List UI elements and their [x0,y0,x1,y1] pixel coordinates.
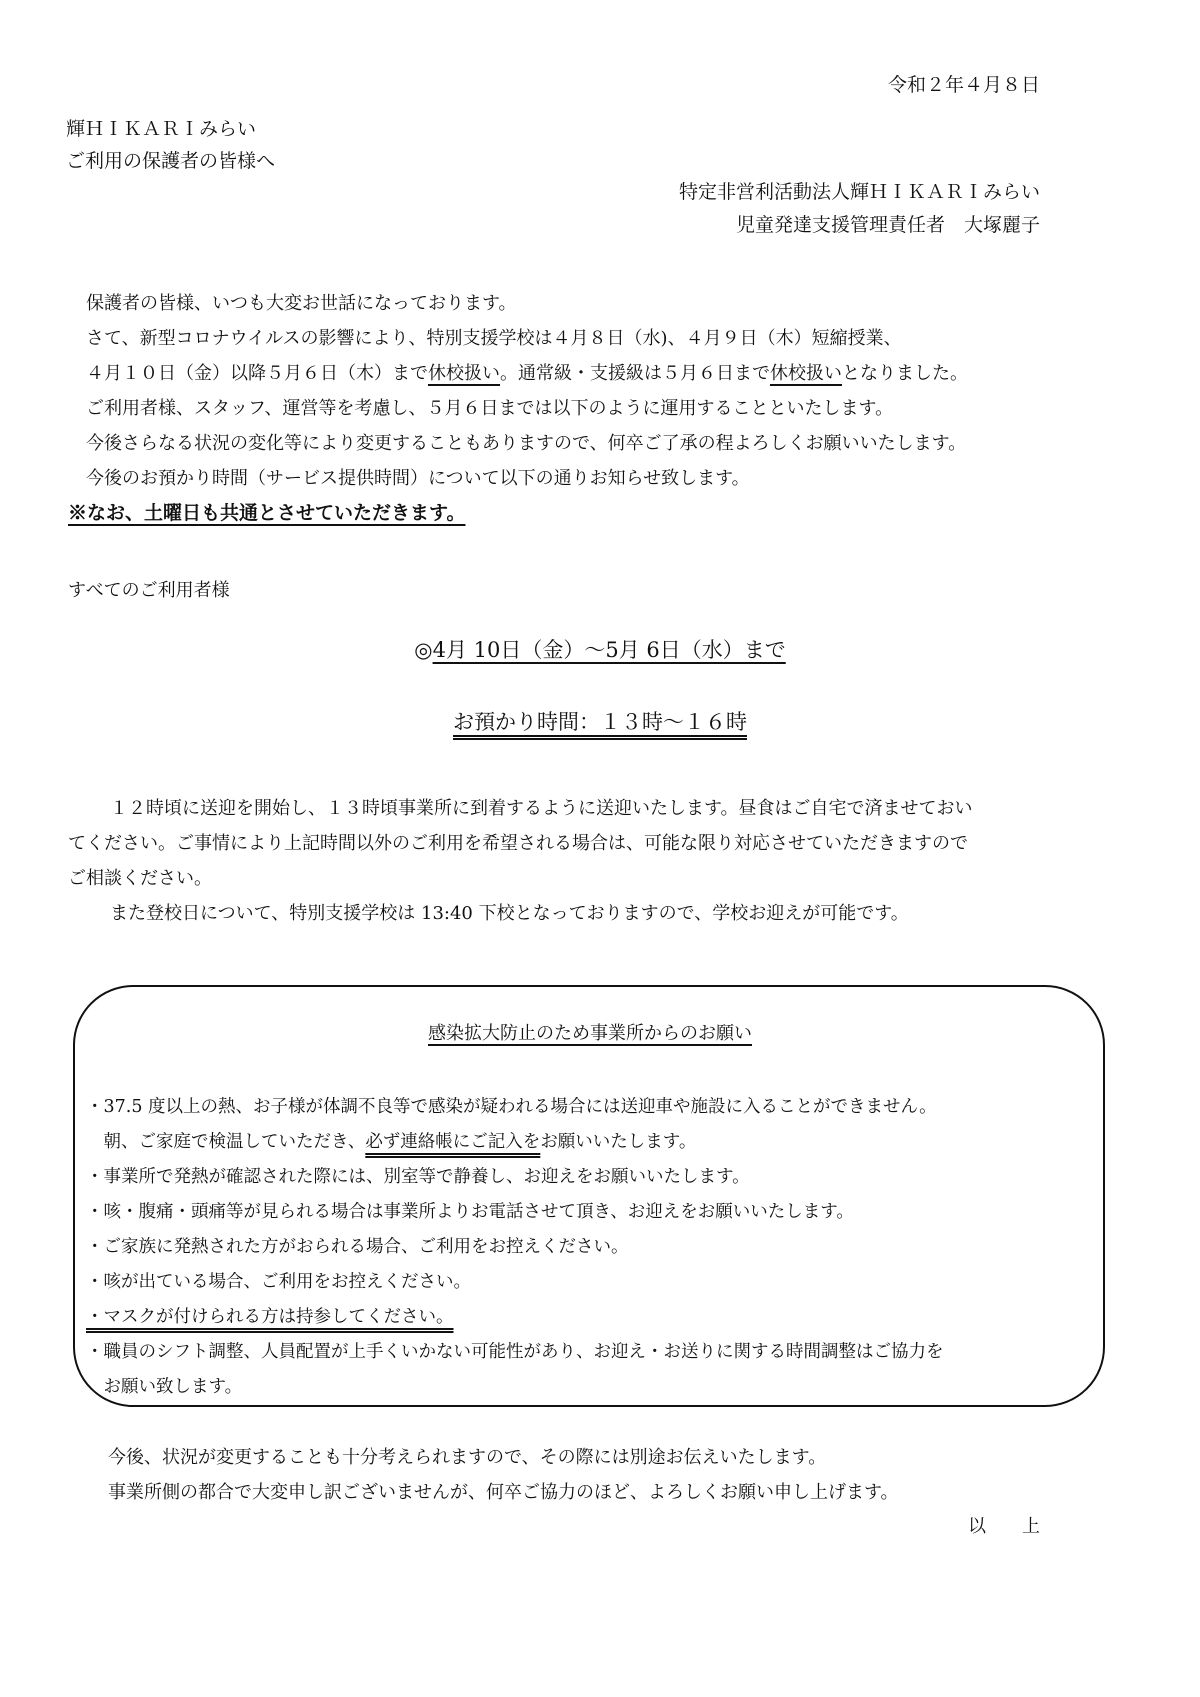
intro-line-3-c: 。通常級・支援級は５月６日まで [500,363,770,384]
details-line-1: １２時頃に送迎を開始し、１３時頃事業所に到着するように送迎いたします。昼食はご自… [110,800,973,818]
service-hours: お預かり時間：１３時～１６時 [453,710,747,734]
record-in-notebook-underlined: 必ず連絡帳にご記入を [365,1132,540,1152]
notice-title: 感染拡大防止のため事業所からのお願い [428,1023,752,1044]
school-closure-underlined-1: 休校扱い [428,363,500,384]
details-line-3: ご相談ください。 [68,870,212,888]
intro-line-4: ご利用者様、スタッフ、運営等を考慮し、５月６日までは以下のように運用することとい… [86,400,893,418]
notice-item: ・咳・腹痛・頭痛等が見られる場合は事業所よりお電話させて頂き、お迎えをお願いいた… [86,1204,854,1222]
notice-title-line: 感染拡大防止のため事業所からのお願い [0,1025,1190,1043]
notice-item-part: お願いいたします。 [540,1132,696,1152]
notice-item: お願い致します。 [86,1379,242,1397]
intro-line-5: 今後さらなる状況の変化等により変更することもありますので、何卒ご了承の程よろしく… [86,435,966,453]
notice-item: ・37.5 度以上の熱、お子様が体調不良等で感染が疑われる場合には送迎車や施設に… [86,1099,937,1117]
details-line-4: また登校日について、特別支援学校は 13:40 下校となっておりますので、学校お… [110,905,909,923]
sender-organization: 特定非営利活動法人輝ＨＩＫＡＲＩみらい [679,183,1040,202]
hours-line: お預かり時間：１３時～１６時 [0,712,1200,733]
period-line: ◎4月 10日（金）～5月 6日（水）まで [0,640,1200,661]
intro-greeting: 保護者の皆様、いつも大変お世話になっております。 [86,295,517,313]
notice-item: ・ご家族に発熱された方がおられる場合、ご利用をお控えください。 [86,1239,629,1257]
double-circle-icon: ◎ [414,638,432,662]
intro-line-2: さて、新型コロナウイルスの影響により、特別支援学校は４月８日（水)、４月９日（木… [86,330,902,348]
intro-line-3-e: となりました。 [842,363,968,384]
details-line-2: てください。ご事情により上記時間以外のご利用を希望される場合は、可能な限り対応さ… [68,835,968,853]
closing-line-1: 今後、状況が変更することも十分考えられますので、その際には別途お伝えいたします。 [108,1449,826,1467]
notice-item: ・咳が出ている場合、ご利用をお控えください。 [86,1274,471,1292]
end-mark: 以 上 [968,1518,1040,1536]
intro-line-6: 今後のお預かり時間（サービス提供時間）について以下の通りお知らせ致します。 [86,470,750,488]
notice-item: 朝、ご家庭で検温していただき、必ず連絡帳にご記入をお願いいたします。 [86,1134,696,1152]
sender-person: 児童発達支援管理責任者 大塚麗子 [736,216,1040,235]
notice-item: ・事業所で発熱が確認された際には、別室等で静養し、お迎えをお願いいたします。 [86,1169,750,1187]
notice-item-part: 朝、ご家庭で検温していただき、 [86,1132,365,1152]
school-closure-underlined-2: 休校扱い [770,363,842,384]
notice-item-mask: ・マスクが付けられる方は持参してください。 [86,1309,454,1327]
service-period: 4月 10日（金）～5月 6日（水）まで [433,638,786,662]
recipient-group: ご利用の保護者の皆様へ [66,152,275,171]
saturday-note: ※なお、土曜日も共通とさせていただきます。 [68,504,465,523]
intro-line-3: ４月１０日（金）以降５月６日（木）まで休校扱い。通常級・支援級は５月６日まで休校… [86,365,968,383]
document-date: 令和２年４月８日 [888,76,1040,95]
recipient-org: 輝ＨＩＫＡＲＩみらい [66,120,256,139]
notice-item: ・職員のシフト調整、人員配置が上手くいかない可能性があり、お迎え・お送りに関する… [86,1344,944,1362]
intro-line-3-a: ４月１０日（金）以降５月６日（木）まで [86,363,428,384]
audience-label: すべてのご利用者様 [68,582,230,600]
closing-line-2: 事業所側の都合で大変申し訳ございませんが、何卒ご協力のほど、よろしくお願い申し上… [108,1484,899,1502]
